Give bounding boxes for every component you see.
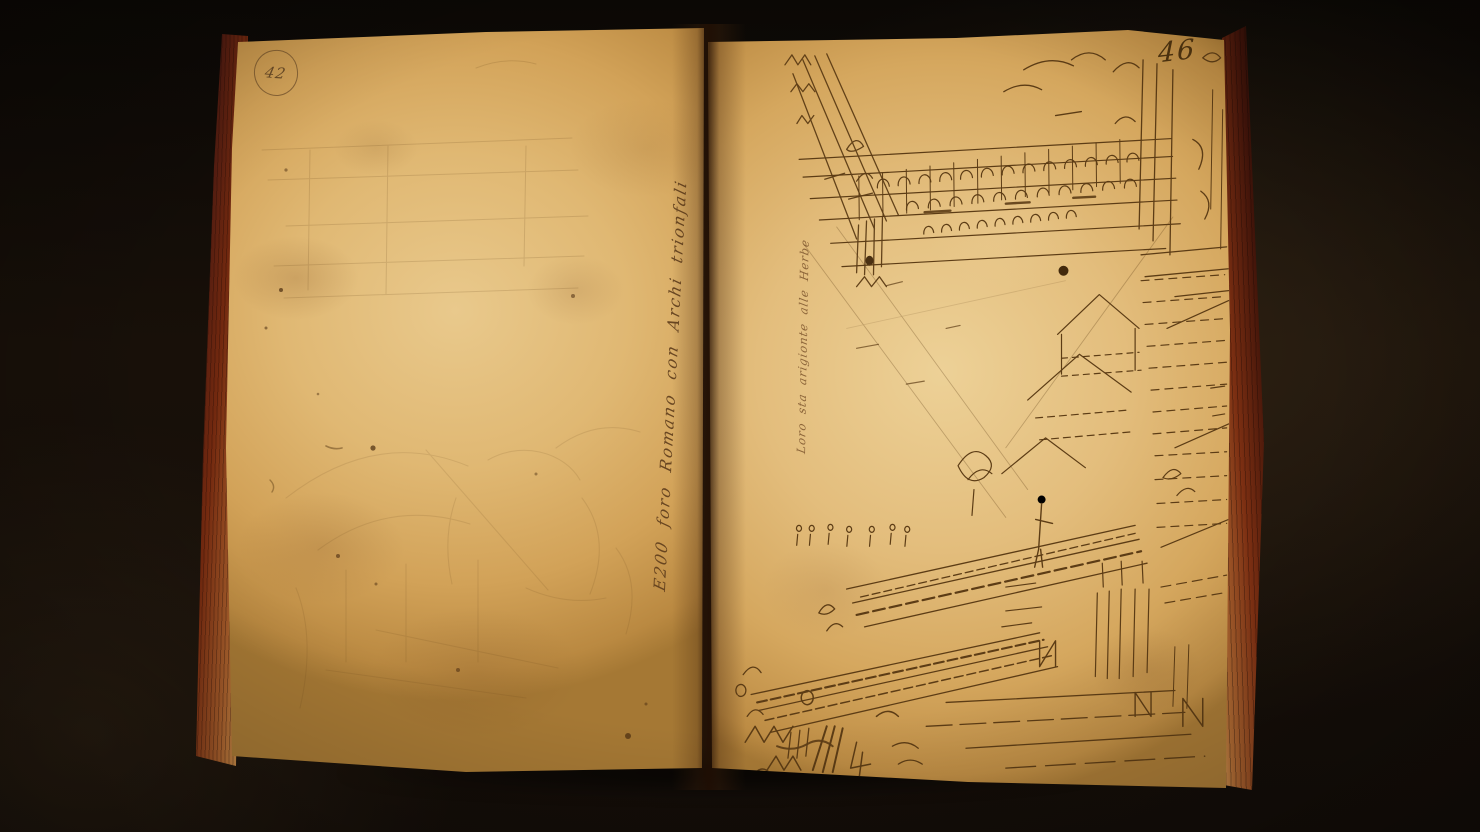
pencil-ghost-lines [262,61,588,298]
arcade-band-strokes [799,136,1182,268]
ink-specks [265,168,648,739]
ink-blot [1059,266,1069,276]
ink-sketch [706,30,1230,788]
pencil-ghost-scene [286,428,640,708]
small-figures-strokes [797,282,992,547]
perspective-lines [803,217,1173,517]
houses-strokes [1002,266,1229,727]
stall-strokes [736,525,1205,768]
top-right-strokes [1004,53,1229,297]
pencil-sketch [226,28,704,772]
right-page: 46 Loro sta arigionte alle Herbe [706,30,1230,788]
photo-background: 42 E200 foro Romano con Archi trionfali [0,0,1480,832]
left-page: 42 E200 foro Romano con Archi trionfali [226,28,704,772]
right-page-number: 46 [1158,34,1197,70]
page-number-stamp: 42 [264,63,289,82]
